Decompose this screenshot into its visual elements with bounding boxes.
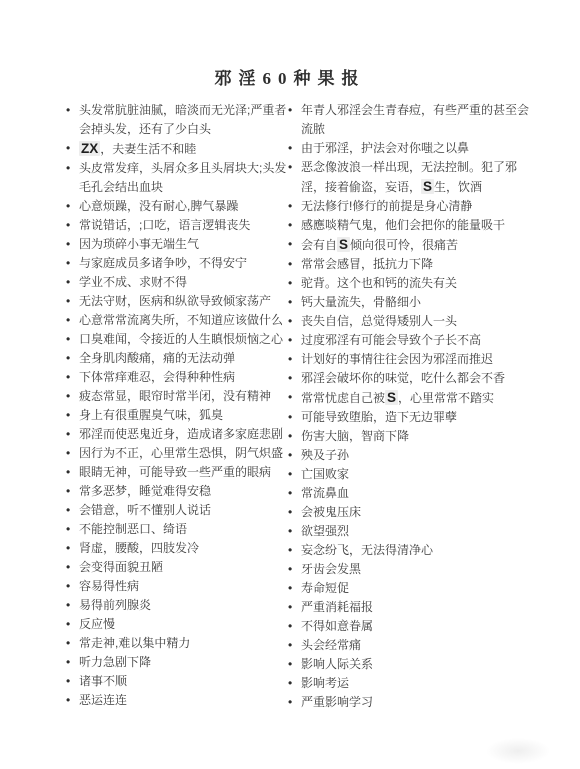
item-text: 严重影响学习 — [301, 695, 373, 709]
bullet-icon: • — [66, 425, 70, 444]
bullet-icon: • — [66, 577, 70, 596]
item-text: 恶念像波浪一样出现，无法控制。犯了邪淫，接着偷盗，妄语， — [301, 160, 517, 194]
item-text: 可能导致堕胎，造下无边罪孽 — [301, 410, 457, 424]
bullet-icon: • — [288, 560, 292, 579]
bullet-icon: • — [66, 254, 70, 273]
item-text: 下体常痒难忍，会得种种性病 — [79, 370, 235, 384]
item-text: 与家庭成员多诸争吵，不得安宁 — [79, 256, 247, 270]
list-item: •会被鬼压床 — [289, 503, 535, 522]
bullet-icon: • — [288, 255, 292, 274]
list-item: •丧失自信，总觉得矮别人一头 — [289, 312, 535, 331]
bullet-icon: • — [66, 368, 70, 387]
bullet-icon: • — [66, 273, 70, 292]
item-text: 心意烦躁，没有耐心,脾气暴躁 — [79, 199, 238, 213]
list-item: •头会经常痛 — [289, 636, 535, 655]
list-item: •心意烦躁，没有耐心,脾气暴躁 — [67, 197, 289, 216]
censored-abbrev: S — [421, 179, 434, 194]
list-item: •牙齿会发黑 — [289, 560, 535, 579]
item-text: 全身肌肉酸痛，痛的无法动弹 — [79, 351, 235, 365]
list-item: •妄念纷飞，无法得清净心 — [289, 541, 535, 560]
item-text: 倾向很可怜，很痛苦 — [350, 238, 458, 252]
item-text: 亡国败家 — [301, 467, 349, 481]
bullet-icon: • — [288, 216, 292, 235]
item-text: 心意常常流离失所，不知道应该做什么 — [79, 313, 283, 327]
item-text: 无法修行!修行的前提是身心清静 — [301, 199, 472, 213]
item-text: 口臭难闻，令接近的人生瞋恨烦恼之心 — [79, 332, 283, 346]
item-text: 诸事不顺 — [79, 674, 127, 688]
left-column: •头发常肮脏油腻，暗淡而无光泽;严重者会掉头发，还有了少白头•ZX，夫妻生活不和… — [67, 101, 289, 710]
item-text: 听力急剧下降 — [79, 655, 151, 669]
list-item: •口臭难闻，令接近的人生瞋恨烦恼之心 — [67, 330, 289, 349]
item-text: 会变得面貌丑陋 — [79, 560, 163, 574]
bullet-icon: • — [66, 672, 70, 691]
watermark-smudge — [486, 738, 550, 764]
bullet-icon: • — [66, 558, 70, 577]
item-text: 不得如意眷属 — [301, 619, 373, 633]
item-text: 伤害大脑，智商下降 — [301, 429, 409, 443]
item-text: 殃及子孙 — [301, 448, 349, 462]
list-item: •诸事不顺 — [67, 672, 289, 691]
bullet-icon: • — [66, 216, 70, 235]
bullet-icon: • — [288, 693, 292, 712]
bullet-icon: • — [66, 634, 70, 653]
list-item: •会有自S倾向很可怜，很痛苦 — [289, 235, 535, 255]
list-item: •易得前列腺炎 — [67, 596, 289, 615]
bullet-icon: • — [66, 349, 70, 368]
item-text: 常说错话，;口吃，语言逻辑丧失 — [79, 218, 250, 232]
item-text: 头会经常痛 — [301, 638, 361, 652]
list-item: •常说错话，;口吃，语言逻辑丧失 — [67, 216, 289, 235]
item-text: 欲望强烈 — [301, 524, 349, 538]
item-text: 由于邪淫，护法会对你嗤之以鼻 — [301, 141, 469, 155]
item-text: 驼背。这个也和钙的流失有关 — [301, 276, 457, 290]
bullet-icon: • — [66, 482, 70, 501]
list-item: •由于邪淫，护法会对你嗤之以鼻 — [289, 139, 535, 158]
bullet-icon: • — [288, 541, 292, 560]
bullet-icon: • — [288, 674, 292, 693]
item-text: 感應啖精气鬼，他们会把你的能量吸干 — [301, 218, 505, 232]
list-item: •可能导致堕胎，造下无边罪孽 — [289, 408, 535, 427]
list-item: •常走神,难以集中精力 — [67, 634, 289, 653]
item-text: 计划好的事情往往会因为邪淫而推迟 — [301, 352, 493, 366]
item-text: 眼睛无神，可能导致一些严重的眼病 — [79, 465, 271, 479]
bullet-icon: • — [288, 139, 292, 158]
bullet-icon: • — [66, 406, 70, 425]
bullet-icon: • — [288, 503, 292, 522]
list-item: •严重消耗福报 — [289, 598, 535, 617]
item-text: 邪淫而使恶鬼近身，造成诸多家庭悲剧 — [79, 427, 283, 441]
bullet-icon: • — [66, 501, 70, 520]
list-item: •钙大量流失，骨骼细小 — [289, 293, 535, 312]
item-text: ，心里常常不踏实 — [398, 391, 494, 405]
bullet-icon: • — [66, 596, 70, 615]
bullet-icon: • — [66, 539, 70, 558]
item-text: 年青人邪淫会生青春痘，有些严重的甚至会流脓 — [301, 103, 529, 136]
bullet-icon: • — [66, 520, 70, 539]
bullet-icon: • — [288, 158, 292, 177]
bullet-icon: • — [288, 350, 292, 369]
item-text: 严重消耗福报 — [301, 600, 373, 614]
bullet-icon: • — [288, 484, 292, 503]
bullet-icon: • — [288, 446, 292, 465]
bullet-icon: • — [288, 579, 292, 598]
item-text: 生，饮酒 — [434, 180, 482, 194]
bullet-icon: • — [66, 139, 70, 158]
bullet-icon: • — [66, 387, 70, 406]
list-item: •无法守财，医病和纵欲导致倾家荡产 — [67, 292, 289, 311]
list-item: •听力急剧下降 — [67, 653, 289, 672]
item-text: 妄念纷飞，无法得清净心 — [301, 543, 433, 557]
page-title: 邪淫60种果报 — [0, 0, 580, 89]
list-item: •感應啖精气鬼，他们会把你的能量吸干 — [289, 216, 535, 235]
list-item: •心意常常流离失所，不知道应该做什么 — [67, 311, 289, 330]
item-text: 疲态常显，眼帘时常半闭，没有精神 — [79, 389, 271, 403]
censored-abbrev: S — [385, 390, 398, 405]
bullet-icon: • — [66, 101, 70, 120]
list-item: •影响人际关系 — [289, 655, 535, 674]
list-item: •伤害大脑，智商下降 — [289, 427, 535, 446]
item-text: 头发常肮脏油腻，暗淡而无光泽;严重者会掉头发，还有了少白头 — [79, 103, 286, 136]
item-text: 常多恶梦，睡觉难得安稳 — [79, 484, 211, 498]
bullet-icon: • — [288, 636, 292, 655]
list-item: •疲态常显，眼帘时常半闭，没有精神 — [67, 387, 289, 406]
list-item: •下体常痒难忍，会得种种性病 — [67, 368, 289, 387]
item-text: 钙大量流失，骨骼细小 — [301, 295, 421, 309]
item-text: 常常忧虑自己被 — [301, 391, 385, 405]
bullet-icon: • — [288, 617, 292, 636]
item-text: 容易得性病 — [79, 579, 139, 593]
two-column-list: •头发常肮脏油腻，暗淡而无光泽;严重者会掉头发，还有了少白头•ZX，夫妻生活不和… — [0, 101, 580, 712]
bullet-icon: • — [288, 101, 292, 120]
item-text: 反应慢 — [79, 617, 115, 631]
list-item: •常流鼻血 — [289, 484, 535, 503]
bullet-icon: • — [288, 197, 292, 216]
item-text: ，夫妻生活不和睦 — [100, 142, 196, 156]
list-item: •头皮常发痒，头屑众多且头屑块大;头发毛孔会结出血块 — [67, 159, 289, 197]
bullet-icon: • — [66, 197, 70, 216]
bullet-icon: • — [288, 312, 292, 331]
bullet-icon: • — [66, 653, 70, 672]
bullet-icon: • — [66, 311, 70, 330]
bullet-icon: • — [66, 235, 70, 254]
item-text: 肾虚，腰酸，四肢发冷 — [79, 541, 199, 555]
list-item: •因行为不正，心里常生恐惧，阴气炽盛 — [67, 444, 289, 463]
list-item: •寿命短促 — [289, 579, 535, 598]
bullet-icon: • — [288, 522, 292, 541]
list-item: •驼背。这个也和钙的流失有关 — [289, 274, 535, 293]
list-item: •容易得性病 — [67, 577, 289, 596]
item-text: 不能控制恶口、绮语 — [79, 522, 187, 536]
bullet-icon: • — [288, 293, 292, 312]
list-item: •会变得面貌丑陋 — [67, 558, 289, 577]
list-item: •ZX，夫妻生活不和睦 — [67, 139, 289, 159]
item-text: 影响人际关系 — [301, 657, 373, 671]
list-item: •过度邪淫有可能会导致个子长不高 — [289, 331, 535, 350]
right-column: •年青人邪淫会生青春痘，有些严重的甚至会流脓•由于邪淫，护法会对你嗤之以鼻•恶念… — [289, 101, 535, 712]
bullet-icon: • — [288, 388, 292, 407]
list-item: •邪淫而使恶鬼近身，造成诸多家庭悲剧 — [67, 425, 289, 444]
list-item: •头发常肮脏油腻，暗淡而无光泽;严重者会掉头发，还有了少白头 — [67, 101, 289, 139]
bullet-icon: • — [66, 615, 70, 634]
list-item: •不得如意眷属 — [289, 617, 535, 636]
list-item: •眼睛无神，可能导致一些严重的眼病 — [67, 463, 289, 482]
item-text: 会错意，听不懂别人说话 — [79, 503, 211, 517]
item-text: 会有自 — [301, 238, 337, 252]
item-text: 因为琐碎小事无端生气 — [79, 237, 199, 251]
item-text: 无法守财，医病和纵欲导致倾家荡产 — [79, 294, 271, 308]
bullet-icon: • — [66, 463, 70, 482]
item-text: 常流鼻血 — [301, 486, 349, 500]
item-text: 邪淫会破坏你的味觉，吃什么都会不香 — [301, 371, 505, 385]
list-item: •计划好的事情往往会因为邪淫而推迟 — [289, 350, 535, 369]
item-text: 身上有很重腥臭气味，狐臭 — [79, 408, 223, 422]
item-text: 学业不成、求财不得 — [79, 275, 187, 289]
list-item: •欲望强烈 — [289, 522, 535, 541]
list-item: •身上有很重腥臭气味，狐臭 — [67, 406, 289, 425]
bullet-icon: • — [288, 274, 292, 293]
item-text: 寿命短促 — [301, 581, 349, 595]
list-item: •常常会感冒，抵抗力下降 — [289, 255, 535, 274]
item-text: 常常会感冒，抵抗力下降 — [301, 257, 433, 271]
item-text: 恶运连连 — [79, 693, 127, 707]
list-item: •肾虚，腰酸，四肢发冷 — [67, 539, 289, 558]
item-text: 牙齿会发黑 — [301, 562, 361, 576]
item-text: 丧失自信，总觉得矮别人一头 — [301, 314, 457, 328]
list-item: •常常忧虑自己被S，心里常常不踏实 — [289, 388, 535, 408]
list-item: •影响考运 — [289, 674, 535, 693]
bullet-icon: • — [66, 691, 70, 710]
item-text: 头皮常发痒，头屑众多且头屑块大;头发毛孔会结出血块 — [79, 161, 286, 194]
bullet-icon: • — [66, 292, 70, 311]
list-item: •亡国败家 — [289, 465, 535, 484]
list-item: •邪淫会破坏你的味觉，吃什么都会不香 — [289, 369, 535, 388]
list-item: •恶念像波浪一样出现，无法控制。犯了邪淫，接着偷盗，妄语，S生，饮酒 — [289, 158, 535, 197]
list-item: •全身肌肉酸痛，痛的无法动弹 — [67, 349, 289, 368]
item-text: 影响考运 — [301, 676, 349, 690]
item-text: 会被鬼压床 — [301, 505, 361, 519]
bullet-icon: • — [66, 159, 70, 178]
item-text: 过度邪淫有可能会导致个子长不高 — [301, 333, 481, 347]
censored-abbrev: ZX — [79, 141, 100, 156]
bullet-icon: • — [288, 408, 292, 427]
bullet-icon: • — [288, 427, 292, 446]
censored-abbrev: S — [337, 237, 350, 252]
bullet-icon: • — [288, 465, 292, 484]
item-text: 常走神,难以集中精力 — [79, 636, 190, 650]
list-item: •殃及子孙 — [289, 446, 535, 465]
list-item: •严重影响学习 — [289, 693, 535, 712]
item-text: 因行为不正，心里常生恐惧，阴气炽盛 — [79, 446, 283, 460]
list-item: •常多恶梦，睡觉难得安稳 — [67, 482, 289, 501]
bullet-icon: • — [288, 331, 292, 350]
list-item: •会错意，听不懂别人说话 — [67, 501, 289, 520]
list-item: •年青人邪淫会生青春痘，有些严重的甚至会流脓 — [289, 101, 535, 139]
bullet-icon: • — [288, 655, 292, 674]
list-item: •与家庭成员多诸争吵，不得安宁 — [67, 254, 289, 273]
bullet-icon: • — [66, 330, 70, 349]
list-item: •恶运连连 — [67, 691, 289, 710]
item-text: 易得前列腺炎 — [79, 598, 151, 612]
list-item: •因为琐碎小事无端生气 — [67, 235, 289, 254]
list-item: •无法修行!修行的前提是身心清静 — [289, 197, 535, 216]
bullet-icon: • — [288, 369, 292, 388]
document-page: 邪淫60种果报 •头发常肮脏油腻，暗淡而无光泽;严重者会掉头发，还有了少白头•Z… — [0, 0, 580, 769]
list-item: •学业不成、求财不得 — [67, 273, 289, 292]
bullet-icon: • — [66, 444, 70, 463]
bullet-icon: • — [288, 598, 292, 617]
list-item: •反应慢 — [67, 615, 289, 634]
bullet-icon: • — [288, 235, 292, 254]
list-item: •不能控制恶口、绮语 — [67, 520, 289, 539]
